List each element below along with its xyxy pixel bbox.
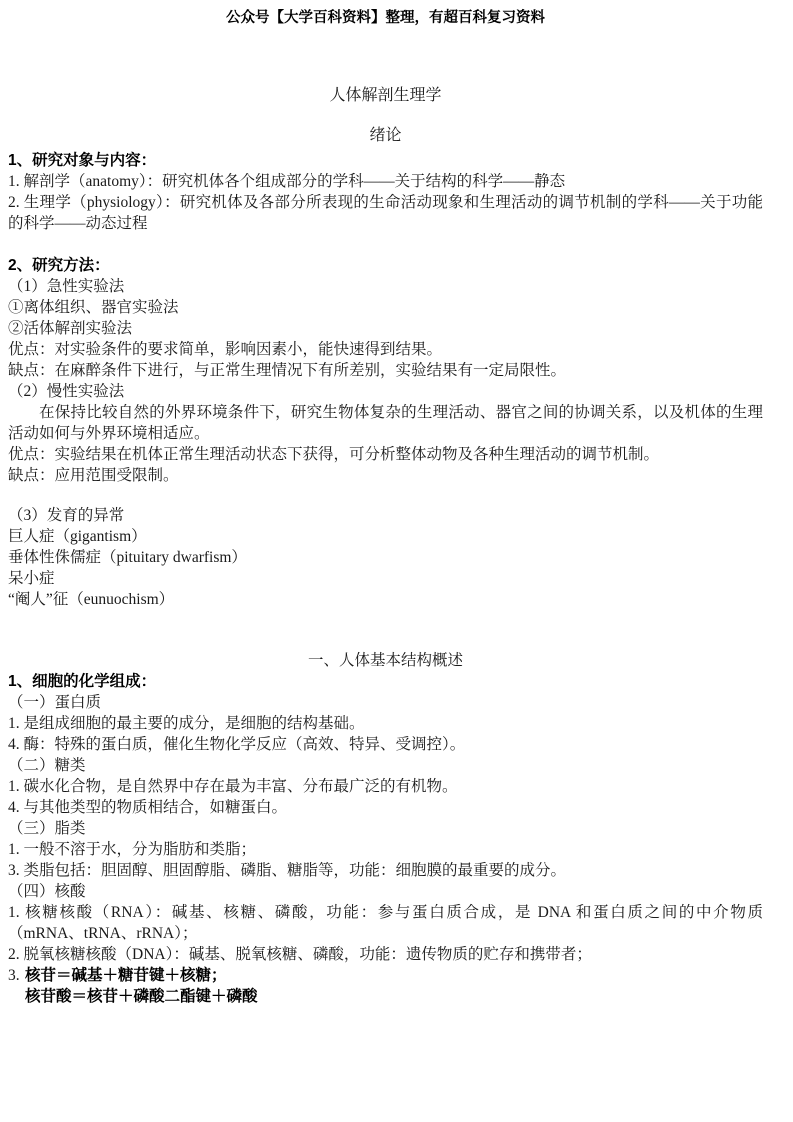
- lipid-item-1: 1. 一般不溶于水，分为脂肪和类脂；: [8, 839, 763, 860]
- developmental-abnormality-title: （3）发育的异常: [8, 505, 763, 526]
- nucleic-acid-title: （四）核酸: [8, 881, 763, 902]
- document-title: 人体解剖生理学: [8, 85, 763, 106]
- chapter-heading-intro: 绪论: [8, 125, 763, 146]
- developmental-item-cretinism: 呆小症: [8, 568, 763, 589]
- nucleoside-list-number: 3.: [8, 965, 25, 986]
- protein-title: （一）蛋白质: [8, 692, 763, 713]
- spacer: [8, 234, 763, 255]
- carbohydrate-title: （二）糖类: [8, 755, 763, 776]
- nucleoside-formula-line: 3.核苷＝碱基＋糖苷键＋核糖；: [8, 965, 763, 986]
- protein-item-1: 1. 是组成细胞的最主要的成分，是细胞的结构基础。: [8, 713, 763, 734]
- section-heading-cell-chemistry: 1、细胞的化学组成：: [8, 671, 763, 692]
- developmental-item-eunuchism: “阉人”征（eunuochism）: [8, 589, 763, 610]
- document-page: 公众号【大学百科资料】整理，有超百科复习资料 人体解剖生理学 绪论 1、研究对象…: [0, 0, 793, 1122]
- carbohydrate-item-2: 4. 与其他类型的物质相结合，如糖蛋白。: [8, 797, 763, 818]
- chronic-method-description: 在保持比较自然的外界环境条件下，研究生物体复杂的生理活动、器官之间的协调关系，以…: [8, 402, 763, 444]
- section-heading-research-objects: 1、研究对象与内容：: [8, 150, 763, 171]
- lipid-item-2: 3. 类脂包括：胆固醇、胆固醇脂、磷脂、糖脂等，功能：细胞膜的最重要的成分。: [8, 860, 763, 881]
- acute-method-item-2: ②活体解剖实验法: [8, 318, 763, 339]
- page-header: 公众号【大学百科资料】整理，有超百科复习资料: [8, 8, 763, 29]
- chronic-method-pros: 优点：实验结果在机体正常生理活动状态下获得，可分析整体动物及各种生理活动的调节机…: [8, 444, 763, 465]
- acute-method-item-1: ①离体组织、器官实验法: [8, 297, 763, 318]
- paragraph-anatomy: 1. 解剖学（anatomy）：研究机体各个组成部分的学科——关于结构的科学——…: [8, 171, 763, 192]
- spacer: [8, 486, 763, 505]
- chronic-method-title: （2）慢性实验法: [8, 381, 763, 402]
- acute-method-cons: 缺点：在麻醉条件下进行，与正常生理情况下有所差别，实验结果有一定局限性。: [8, 360, 763, 381]
- acute-method-pros: 优点：对实验条件的要求简单，影响因素小，能快速得到结果。: [8, 339, 763, 360]
- nucleotide-formula: 核苷酸＝核苷＋磷酸二酯键＋磷酸: [8, 986, 763, 1007]
- chapter1-title: 一、人体基本结构概述: [8, 650, 763, 671]
- developmental-item-dwarfism: 垂体性侏儒症（pituitary dwarfism）: [8, 547, 763, 568]
- chronic-method-cons: 缺点：应用范围受限制。: [8, 465, 763, 486]
- acute-method-title: （1）急性实验法: [8, 276, 763, 297]
- protein-item-2: 4. 酶：特殊的蛋白质，催化生物化学反应（高效、特异、受调控）。: [8, 734, 763, 755]
- section-heading-research-methods: 2、研究方法：: [8, 255, 763, 276]
- dna-paragraph: 2. 脱氧核糖核酸（DNA）：碱基、脱氧核糖、磷酸，功能：遗传物质的贮存和携带者…: [8, 944, 763, 965]
- spacer: [8, 610, 763, 650]
- developmental-item-gigantism: 巨人症（gigantism）: [8, 526, 763, 547]
- lipid-title: （三）脂类: [8, 818, 763, 839]
- rna-paragraph: 1. 核糖核酸（RNA）：碱基、核糖、磷酸，功能：参与蛋白质合成，是 DNA 和…: [8, 902, 763, 944]
- paragraph-physiology: 2. 生理学（physiology）：研究机体及各部分所表现的生命活动现象和生理…: [8, 192, 763, 234]
- nucleoside-formula: 核苷＝碱基＋糖苷键＋核糖；: [25, 967, 227, 984]
- carbohydrate-item-1: 1. 碳水化合物，是自然界中存在最为丰富、分布最广泛的有机物。: [8, 776, 763, 797]
